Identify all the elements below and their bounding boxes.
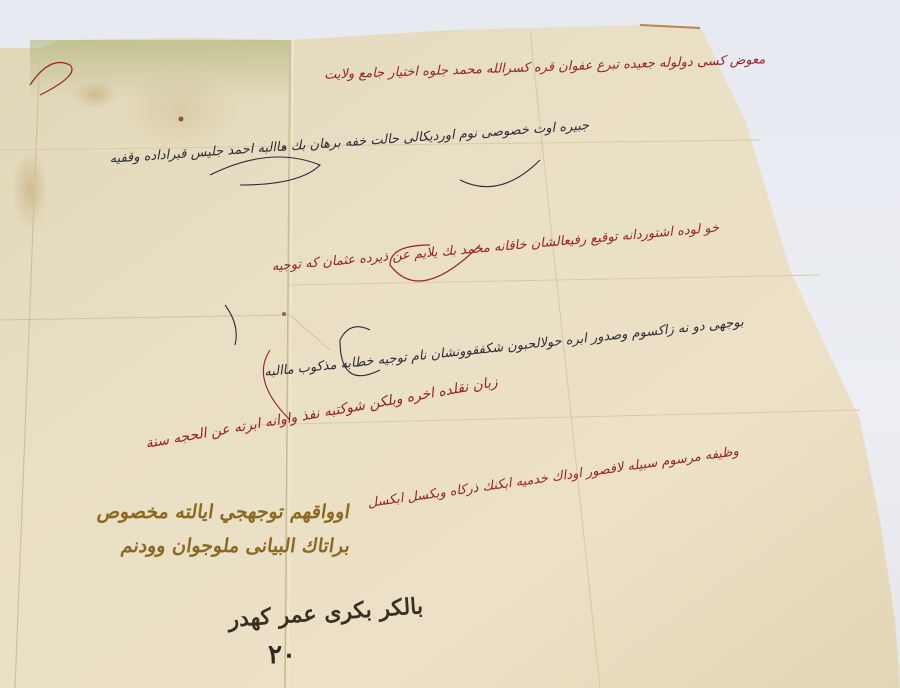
paper-shape [0, 0, 900, 688]
seal-line-1: اوواقهم توجهجي ایالته مخصوص [198, 495, 353, 529]
gold-seal-inscription: اوواقهم توجهجي ایالته مخصوص براتاك البیا… [200, 495, 350, 575]
document-number: ٢٠ [268, 640, 296, 670]
seal-line-2: براتاك البیانی ملوجوان وودنم [198, 529, 353, 563]
photo-scene: معوض كسی دولوله جعیده تبرع عفوان قره كسر… [0, 0, 900, 688]
manuscript-paper [0, 0, 900, 688]
